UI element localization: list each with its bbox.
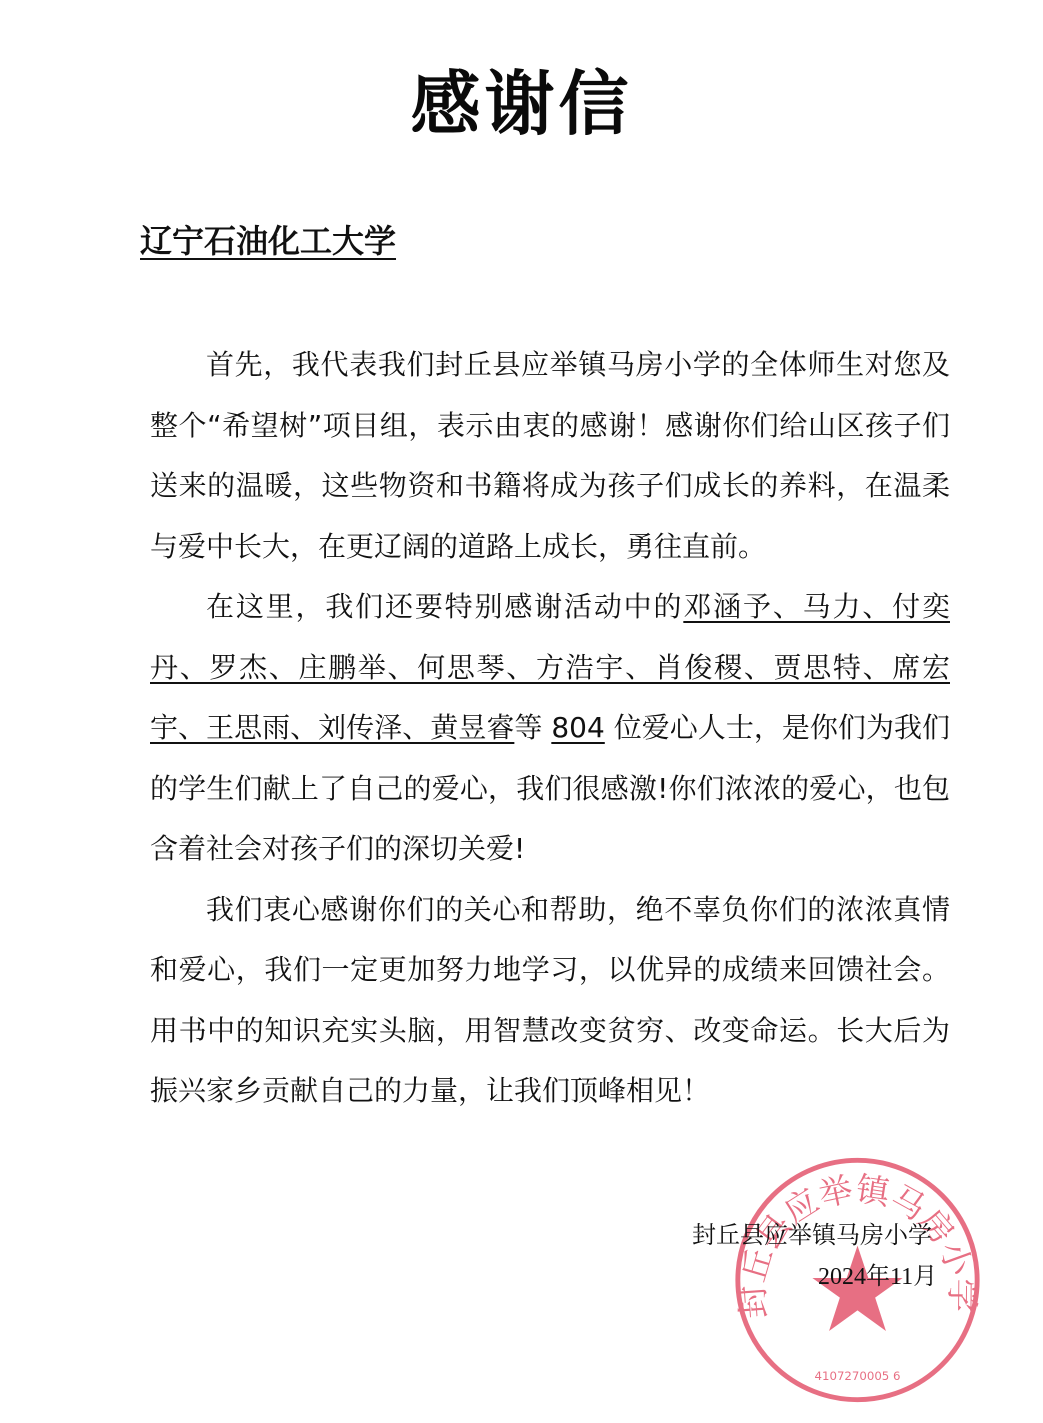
letter-title: 感谢信 [0,48,1043,149]
paragraph-2-prefix: 在这里，我们还要特别感谢活动中的 [206,590,683,623]
paragraph-3: 我们衷心感谢你们的关心和帮助，绝不辜负你们的浓浓真情和爱心，我们一定更加努力地学… [150,880,950,1122]
signature-date: 2024年11月 [818,1256,937,1291]
recipient: 辽宁石油化工大学 [140,216,396,262]
paragraph-2: 在这里，我们还要特别感谢活动中的邓涵予、马力、付奕丹、罗杰、庄鹏举、何思琴、方浩… [150,577,950,880]
signature-organization: 封丘县应举镇马房小学 [692,1215,937,1250]
svg-text:4107270005 6: 4107270005 6 [815,1369,901,1383]
paragraph-2-mid: 等 [514,711,551,744]
letter-body: 首先，我代表我们封丘县应举镇马房小学的全体师生对您及整个“希望树”项目组，表示由… [150,335,950,1122]
signature-block: 封丘县应举镇马房小学 2024年11月 [692,1215,937,1291]
paragraph-1: 首先，我代表我们封丘县应举镇马房小学的全体师生对您及整个“希望树”项目组，表示由… [150,335,950,577]
donor-count: 804 [551,711,604,744]
